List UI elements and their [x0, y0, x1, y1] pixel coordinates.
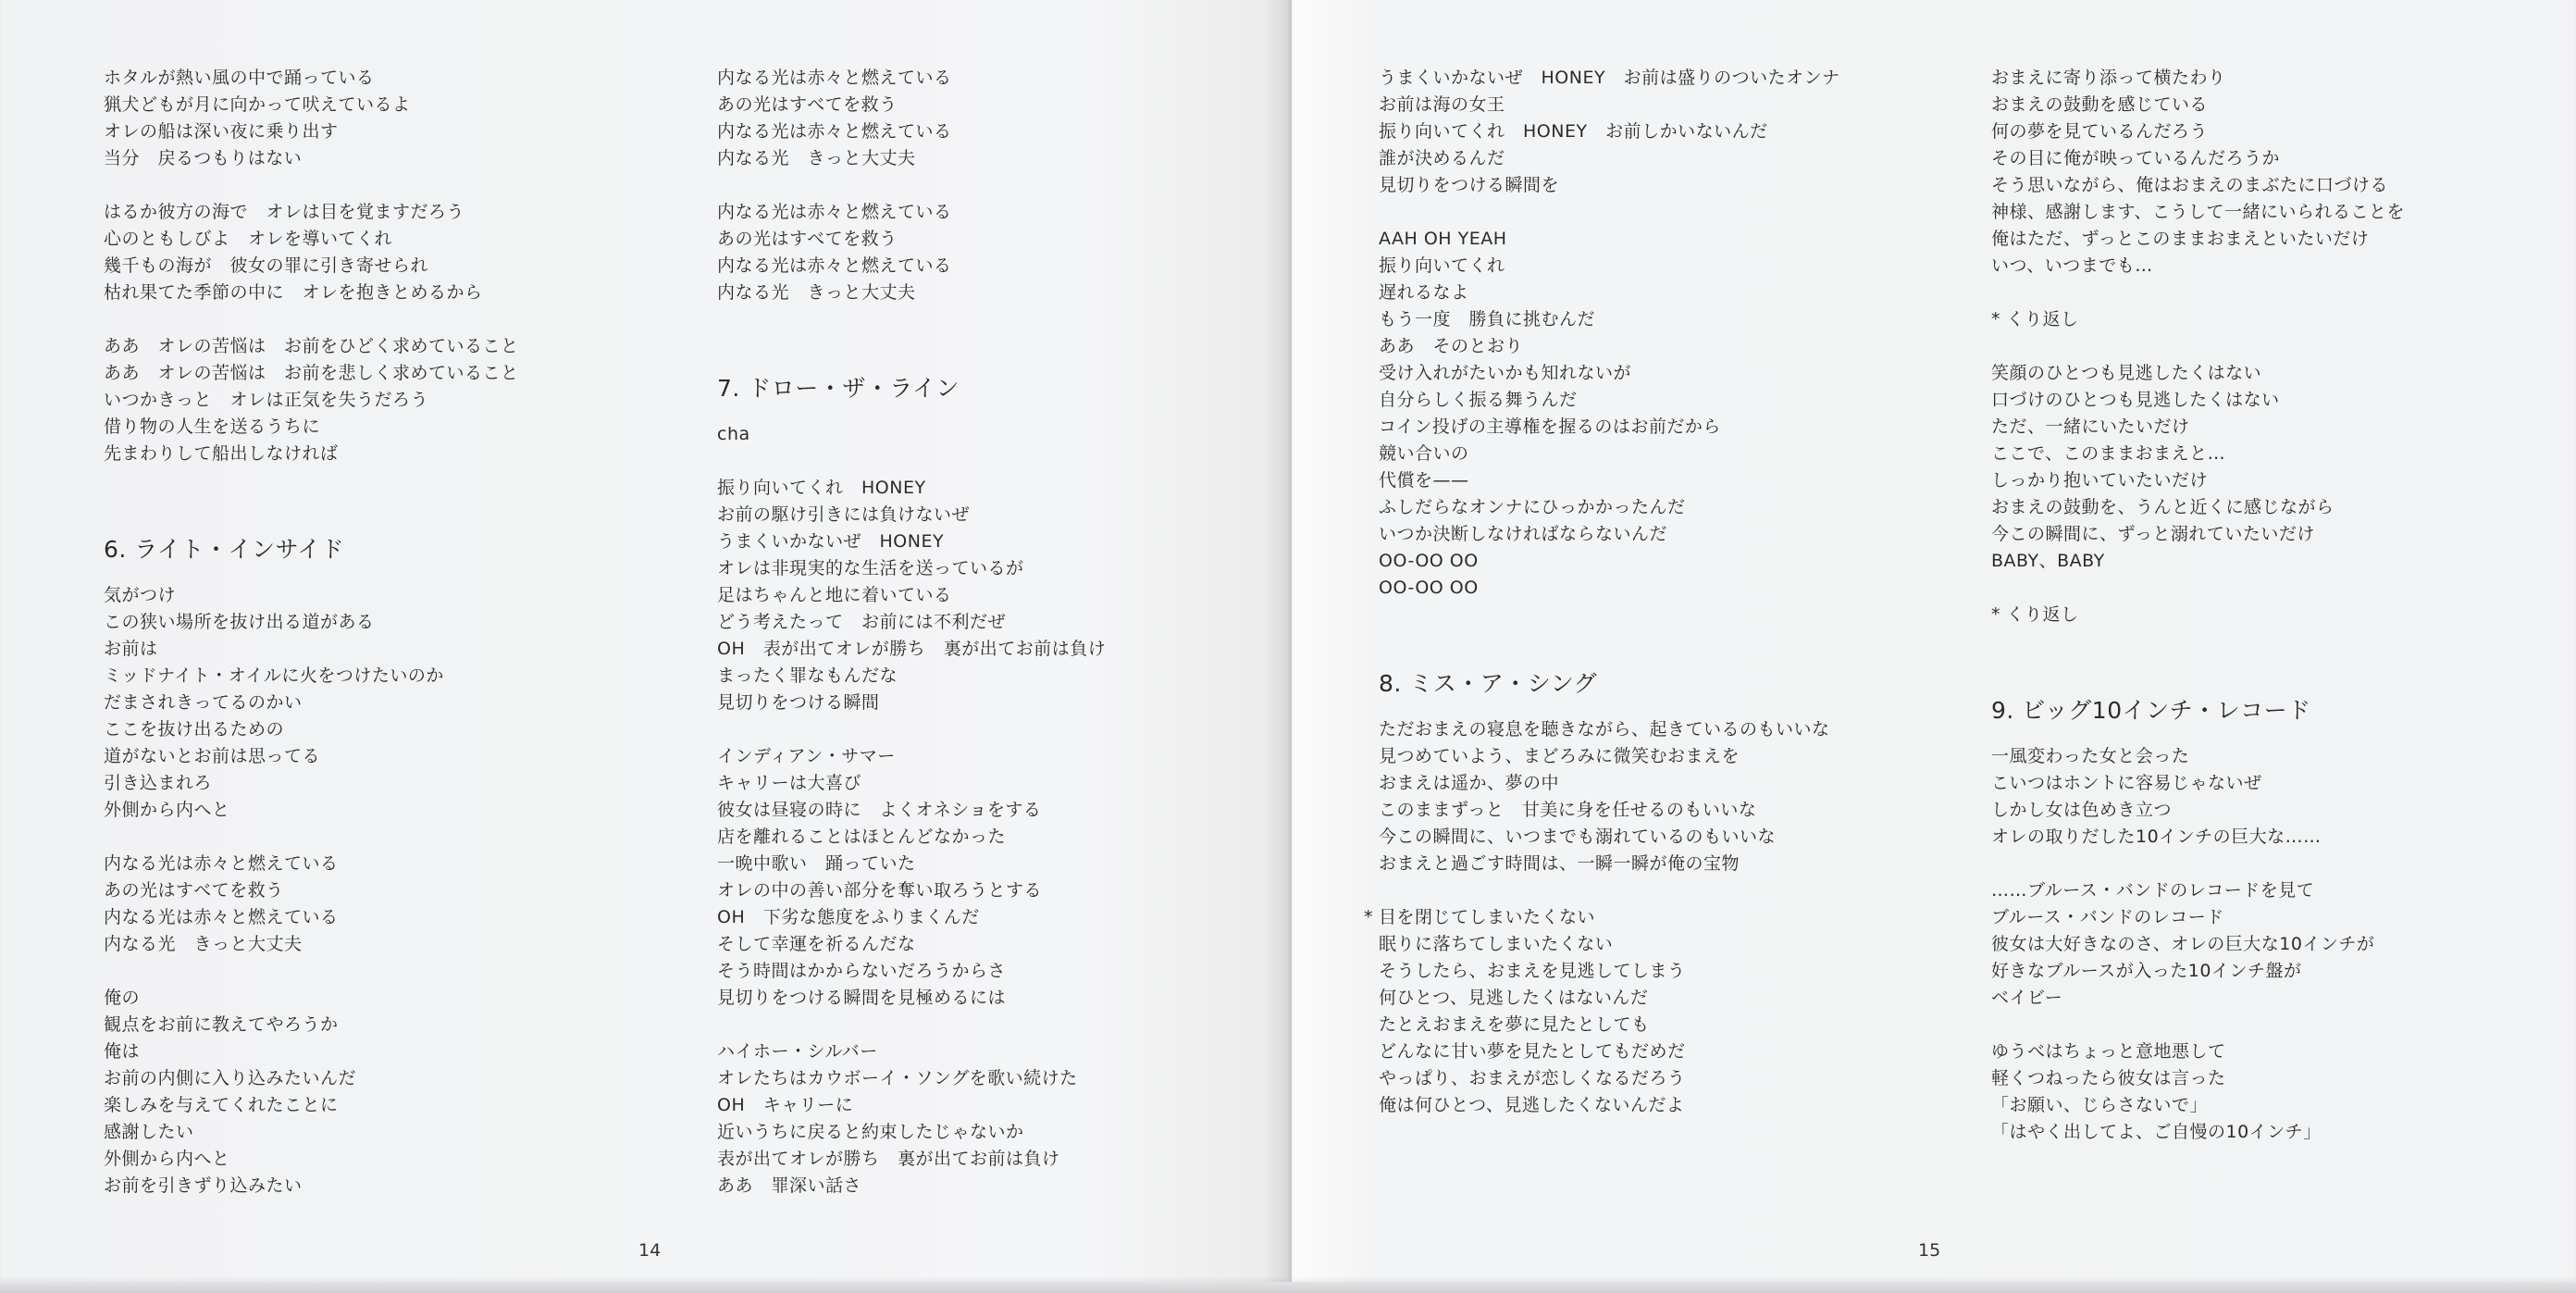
lyric-line: ベイビー	[1991, 985, 2528, 1012]
lyric-line: 内なる光は赤々と燃えている	[717, 65, 1235, 92]
lyric-line: しっかり抱いていたいだけ	[1991, 467, 2528, 494]
lyric-line: 外側から内へと	[104, 797, 659, 824]
lyric-line: 何の夢を見ているんだろう	[1991, 118, 2528, 145]
lyric-line: 内なる光は赤々と燃えている	[717, 253, 1235, 280]
lyric-line: 見切りをつける瞬間	[717, 690, 1235, 716]
lyric-line: 俺はただ、ずっとこのままおまえといたいだけ	[1991, 226, 2528, 253]
lyric-line: 道がないとお前は思ってる	[104, 743, 659, 770]
lyric-line: おまえは遥か、夢の中	[1379, 770, 1897, 797]
lyrics-column-1: ホタルが熱い風の中で踊っている 猟犬どもが月に向かって吠えているよ オレの船は深…	[104, 65, 659, 1200]
lyric-line: コイン投げの主導権を握るのはお前だから	[1379, 414, 1897, 441]
song-title: 6. ライト・インサイド	[104, 534, 659, 566]
lyric-line: 表が出てオレが勝ち 裏が出てお前は負け	[717, 1146, 1235, 1173]
lyric-line: 内なる光 きっと大丈夫	[717, 145, 1235, 172]
lyric-line: お前の駆け引きには負けないぜ	[717, 502, 1235, 528]
lyric-line: もう一度 勝負に挑むんだ	[1379, 306, 1897, 333]
lyric-line: 振り向いてくれ HONEY	[717, 475, 1235, 502]
lyric-line: 心のともしびよ オレを導いてくれ	[104, 226, 659, 253]
lyric-line: ここで、このままおまえと…	[1991, 441, 2528, 467]
lyric-line: 先まわりして船出しなければ	[104, 441, 659, 467]
lyric-line: この狭い場所を抜け出る道がある	[104, 609, 659, 636]
lyric-line: ふしだらなオンナにひっかかったんだ	[1379, 494, 1897, 521]
lyric-line: 受け入れがたいかも知れないが	[1379, 360, 1897, 387]
lyric-line: インディアン・サマー	[717, 743, 1235, 770]
lyric-line: オレの中の善い部分を奪い取ろうとする	[717, 877, 1235, 904]
lyric-line: *目を閉じてしまいたくない	[1379, 904, 1897, 931]
chorus-marker: *	[1364, 904, 1373, 931]
lyric-line: 見切りをつける瞬間を見極めるには	[717, 985, 1235, 1012]
lyric-line: 俺の	[104, 985, 659, 1012]
lyric-line: オレの船は深い夜に乗り出す	[104, 118, 659, 145]
lyric-line: あの光はすべてを救う	[717, 226, 1235, 253]
lyric-line: 外側から内へと	[104, 1146, 659, 1173]
lyric-line: そう時間はかからないだろうからさ	[717, 958, 1235, 985]
lyric-line: 笑顔のひとつも見逃したくはない	[1991, 360, 2528, 387]
lyric-line: ゆうべはちょっと意地悪して	[1991, 1038, 2528, 1065]
lyric-line: ……ブルース・バンドのレコードを見て	[1991, 877, 2528, 904]
repeat-note: * くり返し	[1991, 602, 2528, 628]
lyric-line: 彼女は大好きなのさ、オレの巨大な10インチが	[1991, 931, 2528, 958]
lyric-line: ああ 罪深い話さ	[717, 1173, 1235, 1200]
lyric-line: 楽しみを与えてくれたことに	[104, 1092, 659, 1119]
lyric-line: おまえに寄り添って横たわり	[1991, 65, 2528, 92]
lyric-line: オレの取りだした10インチの巨大な……	[1991, 824, 2528, 851]
lyric-line: どんなに甘い夢を見たとしてもだめだ	[1379, 1038, 1897, 1065]
lyric-line: はるか彼方の海で オレは目を覚ますだろう	[104, 199, 659, 226]
page-number-left: 14	[638, 1240, 661, 1261]
lyric-line: 内なる光 きっと大丈夫	[104, 931, 659, 958]
lyric-line: おまえの鼓動を感じている	[1991, 92, 2528, 118]
lyric-line: OO-OO OO	[1379, 548, 1897, 575]
lyric-line: ここを抜け出るための	[104, 716, 659, 743]
lyric-line: そうしたら、おまえを見逃してしまう	[1379, 958, 1897, 985]
lyric-line: いつかきっと オレは正気を失うだろう	[104, 387, 659, 414]
lyric-line: ああ オレの苦悩は お前を悲しく求めていること	[104, 360, 659, 387]
lyric-line: 当分 戻るつもりはない	[104, 145, 659, 172]
lyric-line: だまされきってるのかい	[104, 690, 659, 716]
lyric-line: 好きなブルースが入った10インチ盤が	[1991, 958, 2528, 985]
lyric-line: 店を離れることはほとんどなかった	[717, 824, 1235, 851]
lyric-line: 眠りに落ちてしまいたくない	[1379, 931, 1897, 958]
lyric-line: 観点をお前に教えてやろうか	[104, 1012, 659, 1038]
lyric-line: そう思いながら、俺はおまえのまぶたに口づける	[1991, 172, 2528, 199]
lyric-line: 俺は	[104, 1038, 659, 1065]
lyric-line: 今この瞬間に、ずっと溺れていたいだけ	[1991, 521, 2528, 548]
lyric-line: 自分らしく振る舞うんだ	[1379, 387, 1897, 414]
lyric-line: 口づけのひとつも見逃したくはない	[1991, 387, 2528, 414]
lyric-line: 引き込まれろ	[104, 770, 659, 797]
lyric-line: そして幸運を祈るんだな	[717, 931, 1235, 958]
lyric-line: 神様、感謝します、こうして一緒にいられることを	[1991, 199, 2528, 226]
lyric-line: ブルース・バンドのレコード	[1991, 904, 2528, 931]
lyric-line: 軽くつねったら彼女は言った	[1991, 1065, 2528, 1092]
lyric-line: やっぱり、おまえが恋しくなるだろう	[1379, 1065, 1897, 1092]
lyric-line: たとえおまえを夢に見たとしても	[1379, 1012, 1897, 1038]
lyric-line: 代償を——	[1379, 467, 1897, 494]
repeat-note: * くり返し	[1991, 306, 2528, 333]
lyric-line: 振り向いてくれ	[1379, 253, 1897, 280]
lyric-line: ああ オレの苦悩は お前をひどく求めていること	[104, 333, 659, 360]
lyric-line: ホタルが熱い風の中で踊っている	[104, 65, 659, 92]
lyric-line: 内なる光は赤々と燃えている	[717, 118, 1235, 145]
lyric-line: おまえの鼓動を、うんと近くに感じながら	[1991, 494, 2528, 521]
lyric-line: キャリーは大喜び	[717, 770, 1235, 797]
lyric-line: 一風変わった女と会った	[1991, 743, 2528, 770]
lyric-line: 内なる光は赤々と燃えている	[717, 199, 1235, 226]
lyric-line: ああ そのとおり	[1379, 333, 1897, 360]
lyric-line: 幾千もの海が 彼女の罪に引き寄せられ	[104, 253, 659, 280]
song-title: 9. ビッグ10インチ・レコード	[1991, 695, 2528, 727]
lyric-line: 「はやく出してよ、ご自慢の10インチ」	[1991, 1119, 2528, 1146]
lyric-line: ただ、一緒にいたいだけ	[1991, 414, 2528, 441]
lyric-line: ただおまえの寝息を聴きながら、起きているのもいいな	[1379, 716, 1897, 743]
lyric-line: 競い合いの	[1379, 441, 1897, 467]
lyrics-column-3: うまくいかないぜ HONEY お前は盛りのついたオンナ お前は海の女王 振り向い…	[1379, 65, 1897, 1119]
lyric-line: 見つめていよう、まどろみに微笑むおまえを	[1379, 743, 1897, 770]
lyric-line: 内なる光は赤々と燃えている	[104, 904, 659, 931]
lyric-line: しかし女は色めき立つ	[1991, 797, 2528, 824]
lyric-line: こいつはホントに容易じゃないぜ	[1991, 770, 2528, 797]
lyric-line: 「お願い、じらさないで」	[1991, 1092, 2528, 1119]
lyric-line: その目に俺が映っているんだろうか	[1991, 145, 2528, 172]
lyric-line: お前の内側に入り込みたいんだ	[104, 1065, 659, 1092]
lyric-line: OH 下劣な態度をふりまくんだ	[717, 904, 1235, 931]
lyric-line: 今この瞬間に、いつまでも溺れているのもいいな	[1379, 824, 1897, 851]
lyric-line: あの光はすべてを救う	[717, 92, 1235, 118]
lyric-line: 内なる光 きっと大丈夫	[717, 280, 1235, 306]
lyric-line: うまくいかないぜ HONEY お前は盛りのついたオンナ	[1379, 65, 1897, 92]
lyric-line: 誰が決めるんだ	[1379, 145, 1897, 172]
lyric-line: まったく罪なもんだな	[717, 663, 1235, 690]
lyrics-column-2: 内なる光は赤々と燃えている あの光はすべてを救う 内なる光は赤々と燃えている 内…	[717, 65, 1235, 1200]
lyric-line: あの光はすべてを救う	[104, 877, 659, 904]
lyric-line: 猟犬どもが月に向かって吠えているよ	[104, 92, 659, 118]
lyric-line: どう考えたって お前には不利だぜ	[717, 609, 1235, 636]
lyric-line: ハイホー・シルバー	[717, 1038, 1235, 1065]
lyric-line: OH キャリーに	[717, 1092, 1235, 1119]
lyric-line: 気がつけ	[104, 582, 659, 609]
lyric-line: お前は海の女王	[1379, 92, 1897, 118]
lyric-line: AAH OH YEAH	[1379, 226, 1897, 253]
lyric-line: おまえと過ごす時間は、一瞬一瞬が俺の宝物	[1379, 851, 1897, 877]
lyric-line: オレたちはカウボーイ・ソングを歌い続けた	[717, 1065, 1235, 1092]
lyric-line: 何ひとつ、見逃したくはないんだ	[1379, 985, 1897, 1012]
lyric-line: オレは非現実的な生活を送っているが	[717, 555, 1235, 582]
lyric-line: 振り向いてくれ HONEY お前しかいないんだ	[1379, 118, 1897, 145]
lyric-line: BABY、BABY	[1991, 548, 2528, 575]
page-number-right: 15	[1918, 1240, 1940, 1261]
lyric-line: 借り物の人生を送るうちに	[104, 414, 659, 441]
lyric-line: ミッドナイト・オイルに火をつけたいのか	[104, 663, 659, 690]
booklet-bottom-edge	[0, 1282, 2576, 1293]
lyric-line: いつ、いつまでも…	[1991, 253, 2528, 280]
lyric-line: 俺は何ひとつ、見逃したくないんだよ	[1379, 1092, 1897, 1119]
lyric-line: このままずっと 甘美に身を任せるのもいいな	[1379, 797, 1897, 824]
lyric-line: 枯れ果てた季節の中に オレを抱きとめるから	[104, 280, 659, 306]
lyric-line: 見切りをつける瞬間を	[1379, 172, 1897, 199]
lyric-line: 内なる光は赤々と燃えている	[104, 851, 659, 877]
lyric-line: 彼女は昼寝の時に よくオネショをする	[717, 797, 1235, 824]
lyric-line: お前は	[104, 636, 659, 663]
lyric-line: 遅れるなよ	[1379, 280, 1897, 306]
lyric-line: うまくいかないぜ HONEY	[717, 528, 1235, 555]
lyric-line: いつか決断しなければならないんだ	[1379, 521, 1897, 548]
lyric-line: 足はちゃんと地に着いている	[717, 582, 1235, 609]
lyric-line: cha	[717, 421, 1235, 448]
song-title: 8. ミス・ア・シング	[1379, 668, 1897, 700]
lyric-line: 一晩中歌い 踊っていた	[717, 851, 1235, 877]
lyrics-column-4: おまえに寄り添って横たわり おまえの鼓動を感じている 何の夢を見ているんだろう …	[1991, 65, 2528, 1146]
booklet-spread: ホタルが熱い風の中で踊っている 猟犬どもが月に向かって吠えているよ オレの船は深…	[0, 0, 2576, 1282]
song-title: 7. ドロー・ザ・ライン	[717, 373, 1235, 404]
lyric-line: 感謝したい	[104, 1119, 659, 1146]
lyric-line: 近いうちに戻ると約束したじゃないか	[717, 1119, 1235, 1146]
lyric-line: OH 表が出てオレが勝ち 裏が出てお前は負け	[717, 636, 1235, 663]
lyric-line: お前を引きずり込みたい	[104, 1173, 659, 1200]
lyric-line: OO-OO OO	[1379, 575, 1897, 602]
